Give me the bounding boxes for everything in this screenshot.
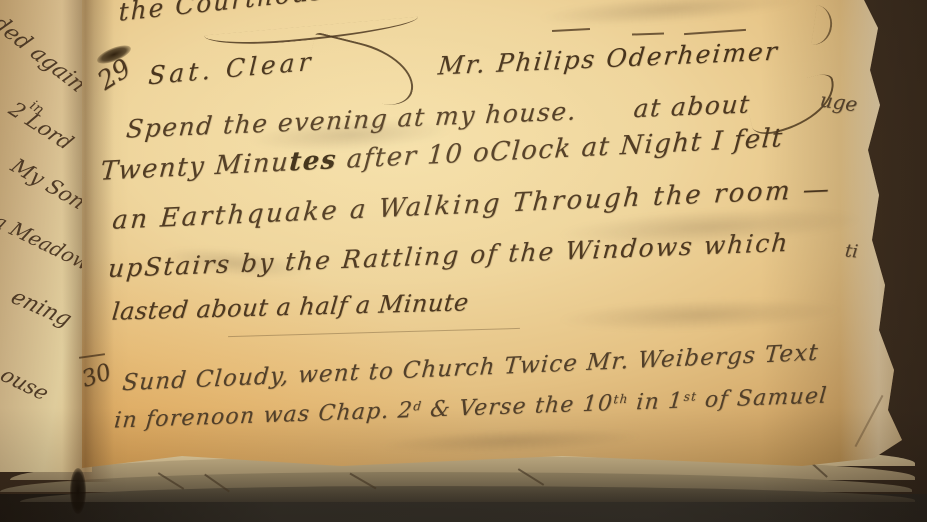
gutter-shadow-blob (70, 468, 86, 514)
entry30-line2-part: in 1 (627, 389, 684, 416)
manuscript-photo: ded again in 2 Lord My Son a Meadow enin… (0, 0, 927, 522)
margin-fragment: ouse (0, 363, 53, 405)
edge-fragment: ti (844, 240, 859, 262)
entry30-line2-superscript: st (683, 389, 698, 404)
entry29-line2-retraced: tes (288, 145, 338, 177)
entry30-line2-part: of Samuel (696, 384, 829, 414)
edge-fragment: uge (819, 88, 860, 117)
deckle-edge (840, 0, 910, 470)
